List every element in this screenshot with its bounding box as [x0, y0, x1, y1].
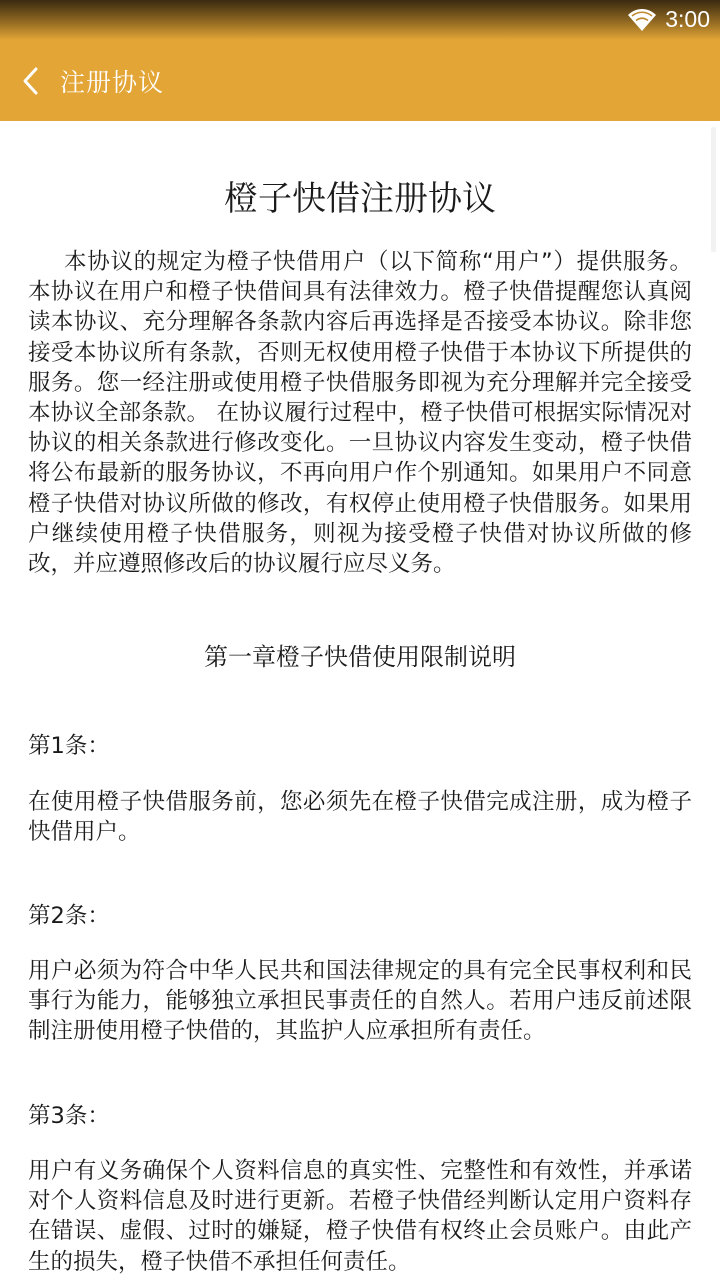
intro-paragraph: 本协议的规定为橙子快借用户（以下简称“用户”）提供服务。本协议在用户和橙子快借间…: [28, 247, 692, 579]
document-title: 橙子快借注册协议: [0, 179, 720, 219]
article-1-heading: 第1条：: [28, 731, 692, 761]
wifi-icon: [627, 8, 657, 32]
clock: 3:00: [665, 6, 710, 33]
agreement-content[interactable]: 橙子快借注册协议 本协议的规定为橙子快借用户（以下简称“用户”）提供服务。本协议…: [0, 121, 720, 1280]
article-3-body: 用户有义务确保个人资料信息的真实性、完整性和有效性，并承诺对个人资料信息及时进行…: [28, 1156, 692, 1277]
article-3-heading: 第3条：: [28, 1101, 692, 1131]
app-bar: 注册协议: [0, 40, 720, 121]
article-2-body: 用户必须为符合中华人民共和国法律规定的具有完全民事权利和民事行为能力，能够独立承…: [28, 956, 692, 1047]
article-2-heading: 第2条：: [28, 901, 692, 931]
chapter-title: 第一章橙子快借使用限制说明: [0, 641, 720, 673]
status-icons: 3:00: [627, 6, 710, 33]
chevron-left-icon: [20, 66, 40, 96]
back-button[interactable]: [0, 40, 60, 121]
page-title: 注册协议: [60, 63, 164, 99]
article-1-body: 在使用橙子快借服务前，您必须先在橙子快借完成注册，成为橙子快借用户。: [28, 787, 692, 847]
status-bar: 3:00: [0, 0, 720, 40]
